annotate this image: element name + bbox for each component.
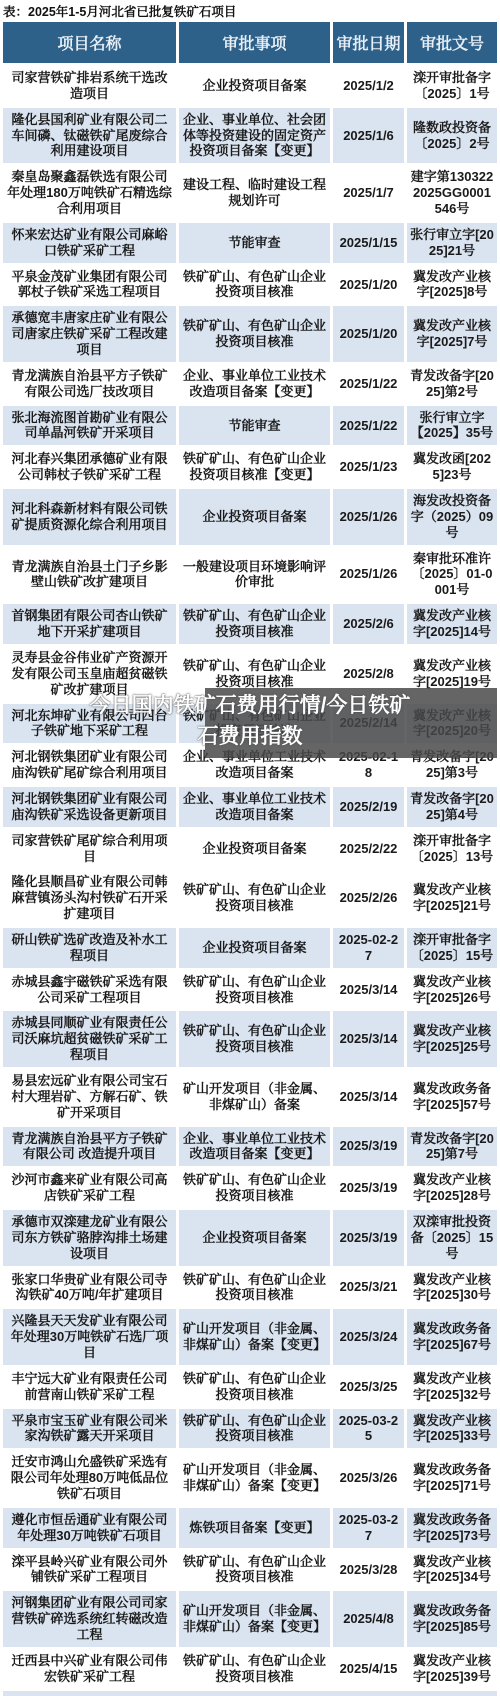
approval-date-cell: 2025/2/6 (333, 604, 407, 646)
approval-date-cell: 2025/3/19 (333, 1127, 407, 1169)
approval-matter-cell: 铁矿矿山、有色矿山企业投资项目核准 (179, 1649, 333, 1691)
project-name-cell: 滦平县岭兴矿业有限公司外铺铁矿采矿工程项目 (3, 1550, 179, 1592)
approval-doc-cell: 双滦审批投资备〔2025〕15号 (407, 1210, 497, 1268)
project-name-cell: 河北科森新材料有限公司铁矿提质资源化综合利用项目 (3, 489, 179, 547)
approval-doc-cell: 冀发改产业核字[2025]21号 (407, 870, 497, 928)
project-name-cell: 秦皇岛聚鑫磊铁选有限公司年处理180万吨铁矿石精选综合利用项目 (3, 165, 179, 223)
approval-doc-cell: 滦开审批备字〔2025〕15号 (407, 928, 497, 970)
project-name-cell: 司家营铁矿尾矿综合利用项目 (3, 829, 179, 871)
project-name-cell: 易县宏远矿业有限公司宝石村大理岩矿、方解石矿、铁矿开采项目 (3, 1069, 179, 1127)
table-row: 迁安市鸿山允盛铁矿采选有限公司年处理80万吨低品位铁矿石项目矿山开发项目（非金属… (3, 1450, 497, 1508)
project-name-cell: 兴隆县天天发矿业有限公司年处理30万吨铁矿石选厂项目 (3, 1309, 179, 1367)
approval-doc-cell: 冀发改政务备字[2025]67号 (407, 1309, 497, 1367)
approval-doc-cell: 张行审立字【2025】35号 (407, 406, 497, 448)
approval-doc-cell: 滦开审批备字〔2025〕13号 (407, 829, 497, 871)
project-name-cell: 首钢集团有限公司杏山铁矿地下开采扩建项目 (3, 604, 179, 646)
approval-doc-cell: 冀发改政务备字[2025]73号 (407, 1508, 497, 1550)
approval-matter-cell: 矿山开发项目（非金属、非煤矿山）备案【变更】 (179, 1591, 333, 1649)
table-row: 承德市双滦建龙矿业有限公司东方铁矿骆脖沟排土场建设项目企业投资项目备案2025/… (3, 1210, 497, 1268)
project-name-cell: 承德市双滦建龙矿业有限公司东方铁矿骆脖沟排土场建设项目 (3, 1210, 179, 1268)
table-row: 张家口华贵矿业有限公司寺沟铁矿40万吨/年扩建项目铁矿矿山、有色矿山企业投资项目… (3, 1268, 497, 1310)
approval-date-cell: 2025-03-25 (333, 1409, 407, 1451)
approval-date-cell: 2025/3/28 (333, 1550, 407, 1592)
header-row: 项目名称 审批事项 审批日期 审批文号 (3, 22, 497, 66)
table-header: 项目名称 审批事项 审批日期 审批文号 (3, 22, 497, 66)
table-row: 青龙满族自治县土门子乡影壁山铁矿改扩建项目一般建设项目环境影响评价审批2025/… (3, 547, 497, 605)
approval-date-cell: 2025/1/7 (333, 165, 407, 223)
watermark: 今日国内铁矿石费用行情/今日铁矿 石费用指数 (0, 690, 500, 752)
project-name-cell: 隆化县顺昌矿业有限公司韩麻营镇汤头沟村铁矿石开采扩建项目 (3, 870, 179, 928)
table-row: 青龙满族自治县平方子铁矿有限公司选厂技改项目企业、事业单位工业技术改造项目备案【… (3, 364, 497, 406)
approval-doc-cell: 青发改备字[2025]第2号 (407, 364, 497, 406)
table-row: 隆化县国利矿业有限公司二车间磷、钛磁铁矿尾废综合利用建设项目企业、事业单位、社会… (3, 108, 497, 166)
approval-date-cell: 2025/3/21 (333, 1268, 407, 1310)
table-row: 青龙满族自治县平方子铁矿有限公司 改造提升项目企业、事业单位工业技术改造项目备案… (3, 1127, 497, 1169)
approval-date-cell: 2025/3/24 (333, 1309, 407, 1367)
approval-doc-cell: 隆数政投资备〔2025〕2号 (407, 108, 497, 166)
project-name-cell: 赤城县同顺矿业有限责任公司沃麻坑超贫磁铁矿采矿工程项目 (3, 1011, 179, 1069)
approval-date-cell: 2025/2/19 (333, 787, 407, 829)
approval-matter-cell: 企业投资项目备案 (179, 66, 333, 108)
project-name-cell: 青龙满族自治县土门子乡影壁山铁矿改扩建项目 (3, 547, 179, 605)
table-row: 迁西县中兴矿业有限公司伟宏铁矿采矿工程铁矿矿山、有色矿山企业投资项目核准2025… (3, 1649, 497, 1691)
approval-matter-cell: 矿山开发项目（非金属、非煤矿山）备案 (179, 1069, 333, 1127)
approval-doc-cell: 冀发改产业核字[2025]8号 (407, 265, 497, 307)
project-name-cell: 遵化市恒岳通矿业有限公司年处理30万吨铁矿石项目 (3, 1508, 179, 1550)
approval-matter-cell: 矿山开发项目（非金属、非煤矿山）备案【变更】 (179, 1450, 333, 1508)
page: 表：2025年1-5月河北省已批复铁矿石项目 项目名称 审批事项 审批日期 审批… (0, 0, 500, 1696)
approval-doc-cell: 冀发改政务备字[2025]85号 (407, 1591, 497, 1649)
approval-doc-cell: 冀发改产业核字[2025]34号 (407, 1550, 497, 1592)
approval-matter-cell: 节能审查 (179, 406, 333, 448)
table-row: 怀来宏达矿业有限公司麻峪口铁矿采矿工程节能审查2025/1/15张行审立字[20… (3, 223, 497, 265)
approval-matter-cell: 铁矿矿山、有色矿山企业投资项目核准 (179, 1268, 333, 1310)
approval-matter-cell: 铁矿矿山、有色矿山企业投资项目核准 (179, 1409, 333, 1451)
table-row: 承德宽丰唐家庄矿业有限公司唐家庄铁矿采矿工程改建项目铁矿矿山、有色矿山企业投资项… (3, 306, 497, 364)
approval-matter-cell: 铁矿矿山、有色矿山企业投资项目核准 (179, 1367, 333, 1409)
approval-doc-cell: 冀发改产业核字[2025]39号 (407, 1649, 497, 1691)
approval-date-cell: 2025/4/15 (333, 1649, 407, 1691)
table-row: 河北科森新材料有限公司铁矿提质资源化综合利用项目企业投资项目备案2025/1/2… (3, 489, 497, 547)
approval-matter-cell: 矿山开发项目（非金属、非煤矿山）备案【变更】 (179, 1309, 333, 1367)
approval-doc-cell: 冀发改政务备字[2025]71号 (407, 1450, 497, 1508)
project-name-cell: 迁西县中兴矿业有限公司伟宏铁矿采矿工程 (3, 1649, 179, 1691)
approval-doc-cell: 冀发改产业核字[2025]25号 (407, 1011, 497, 1069)
column-header-approval-doc: 审批文号 (407, 22, 497, 66)
approval-matter-cell: 企业、事业单位工业技术改造项目备案 (179, 787, 333, 829)
table-row: 河钢集团矿业有限公司司家营铁矿碎选系统红转磁改造工程矿山开发项目（非金属、非煤矿… (3, 1591, 497, 1649)
table-row: 兴隆县天天发矿业有限公司年处理30万吨铁矿石选厂项目矿山开发项目（非金属、非煤矿… (3, 1309, 497, 1367)
project-name-cell: 张北海流图首勘矿业有限公司单晶河铁矿开采项目 (3, 406, 179, 448)
table-row: 平泉金茂矿业集团有限公司郭杖子铁矿采选工程项目铁矿矿山、有色矿山企业投资项目核准… (3, 265, 497, 307)
approval-doc-cell: 滦开审批备字〔2025〕1号 (407, 66, 497, 108)
project-name-cell: 河钢集团矿业有限公司司家营铁矿碎选系统红转磁改造工程 (3, 1591, 179, 1649)
project-name-cell: 沙河市鑫来矿业有限公司高店铁矿采矿工程 (3, 1168, 179, 1210)
approval-matter-cell: 企业投资项目备案 (179, 928, 333, 970)
approval-date-cell: 2025-03-27 (333, 1508, 407, 1550)
table-row: 秦皇岛聚鑫磊铁选有限公司年处理180万吨铁矿石精选综合利用项目建设工程、临时建设… (3, 165, 497, 223)
table-row: 河北春兴集团承德矿业有限公司韩杖子铁矿采矿工程铁矿矿山、有色矿山企业投资项目核准… (3, 447, 497, 489)
approval-date-cell: 2025/1/20 (333, 265, 407, 307)
approval-matter-cell: 铁矿矿山、有色矿山企业投资项目核准 (179, 1550, 333, 1592)
approval-matter-cell: 企业、事业单位工业技术改造项目备案【变更】 (179, 1127, 333, 1169)
watermark-line1: 今日国内铁矿石费用行情/今日铁矿 (0, 690, 500, 721)
approval-date-cell: 2025/3/26 (333, 1450, 407, 1508)
approvals-table: 项目名称 审批事项 审批日期 审批文号 司家营铁矿排岩系统干选改造项目企业投资项… (3, 22, 497, 1691)
column-header-project-name: 项目名称 (3, 22, 179, 66)
approval-matter-cell: 铁矿矿山、有色矿山企业投资项目核准 (179, 970, 333, 1012)
approval-doc-cell: 冀发改产业核字[2025]32号 (407, 1367, 497, 1409)
project-name-cell: 丰宁远大矿业有限责任公司前营南山铁矿采矿工程 (3, 1367, 179, 1409)
project-name-cell: 迁安市鸿山允盛铁矿采选有限公司年处理80万吨低品位铁矿石项目 (3, 1450, 179, 1508)
approval-doc-cell: 海发改投资备字（2025）09号 (407, 489, 497, 547)
approval-doc-cell: 冀发改产业核字[2025]14号 (407, 604, 497, 646)
approval-date-cell: 2025/1/23 (333, 447, 407, 489)
approval-date-cell: 2025/3/14 (333, 1011, 407, 1069)
table-row: 研山铁矿选矿改造及补水工程项目企业投资项目备案2025-02-27滦开审批备字〔… (3, 928, 497, 970)
table-row: 首钢集团有限公司杏山铁矿地下开采扩建项目铁矿矿山、有色矿山企业投资项目核准202… (3, 604, 497, 646)
approval-matter-cell: 企业投资项目备案 (179, 1210, 333, 1268)
approval-matter-cell: 节能审查 (179, 223, 333, 265)
table-row: 丰宁远大矿业有限责任公司前营南山铁矿采矿工程铁矿矿山、有色矿山企业投资项目核准2… (3, 1367, 497, 1409)
approval-doc-cell: 冀发改产业核字[2025]26号 (407, 970, 497, 1012)
table-row: 河北钢铁集团矿业有限公司庙沟铁矿采选设备更新项目企业、事业单位工业技术改造项目备… (3, 787, 497, 829)
approval-matter-cell: 企业、事业单位、社会团体等投资建设的固定资产投资项目备案【变更】 (179, 108, 333, 166)
approval-doc-cell: 冀发改产业核字[2025]28号 (407, 1168, 497, 1210)
project-name-cell: 司家营铁矿排岩系统干选改造项目 (3, 66, 179, 108)
table-row: 隆化县顺昌矿业有限公司韩麻营镇汤头沟村铁矿石开采扩建项目铁矿矿山、有色矿山企业投… (3, 870, 497, 928)
project-name-cell: 怀来宏达矿业有限公司麻峪口铁矿采矿工程 (3, 223, 179, 265)
approval-matter-cell: 企业投资项目备案 (179, 489, 333, 547)
approval-matter-cell: 铁矿矿山、有色矿山企业投资项目核准 (179, 1011, 333, 1069)
project-name-cell: 平泉金茂矿业集团有限公司郭杖子铁矿采选工程项目 (3, 265, 179, 307)
project-name-cell: 研山铁矿选矿改造及补水工程项目 (3, 928, 179, 970)
table-row: 滦平县岭兴矿业有限公司外铺铁矿采矿工程项目铁矿矿山、有色矿山企业投资项目核准20… (3, 1550, 497, 1592)
approval-date-cell: 2025/1/15 (333, 223, 407, 265)
column-header-approval-matter: 审批事项 (179, 22, 333, 66)
table-row: 张北海流图首勘矿业有限公司单晶河铁矿开采项目节能审查2025/1/22张行审立字… (3, 406, 497, 448)
table-row: 赤城县鑫宇磁铁矿采选有限公司采矿工程项目铁矿矿山、有色矿山企业投资项目核准202… (3, 970, 497, 1012)
approval-date-cell: 2025/3/19 (333, 1210, 407, 1268)
approval-matter-cell: 铁矿矿山、有色矿山企业投资项目核准 (179, 265, 333, 307)
project-name-cell: 赤城县鑫宇磁铁矿采选有限公司采矿工程项目 (3, 970, 179, 1012)
approval-date-cell: 2025/3/25 (333, 1367, 407, 1409)
approval-matter-cell: 铁矿矿山、有色矿山企业投资项目核准【变更】 (179, 447, 333, 489)
project-name-cell: 平泉市宝玉矿业有限公司米家沟铁矿露天开采项目 (3, 1409, 179, 1451)
approvals-table-body: 司家营铁矿排岩系统干选改造项目企业投资项目备案2025/1/2滦开审批备字〔20… (3, 66, 497, 1691)
approval-matter-cell: 企业、事业单位工业技术改造项目备案【变更】 (179, 364, 333, 406)
approval-doc-cell: 青发改备字[2025]第4号 (407, 787, 497, 829)
table-row: 司家营铁矿尾矿综合利用项目企业投资项目备案2025/2/22滦开审批备字〔202… (3, 829, 497, 871)
table-row: 沙河市鑫来矿业有限公司高店铁矿采矿工程铁矿矿山、有色矿山企业投资项目核准2025… (3, 1168, 497, 1210)
approval-date-cell: 2025/1/22 (333, 364, 407, 406)
column-header-approval-date: 审批日期 (333, 22, 407, 66)
table-title: 表：2025年1-5月河北省已批复铁矿石项目 (0, 0, 500, 22)
approval-date-cell: 2025/1/22 (333, 406, 407, 448)
approval-doc-cell: 秦审批环准许〔2025〕01-0001号 (407, 547, 497, 605)
partial-next-row-strip (3, 1691, 497, 1696)
approval-date-cell: 2025/1/26 (333, 547, 407, 605)
approval-matter-cell: 铁矿矿山、有色矿山企业投资项目核准 (179, 870, 333, 928)
approval-doc-cell: 建字第1303222025GG0001546号 (407, 165, 497, 223)
table-row: 易县宏远矿业有限公司宝石村大理岩矿、方解石矿、铁矿开采项目矿山开发项目（非金属、… (3, 1069, 497, 1127)
project-name-cell: 青龙满族自治县平方子铁矿有限公司选厂技改项目 (3, 364, 179, 406)
approval-matter-cell: 一般建设项目环境影响评价审批 (179, 547, 333, 605)
approval-matter-cell: 铁矿矿山、有色矿山企业投资项目核准 (179, 1168, 333, 1210)
approval-date-cell: 2025/3/14 (333, 1069, 407, 1127)
approval-doc-cell: 冀发改产业核字[2025]33号 (407, 1409, 497, 1451)
project-name-cell: 隆化县国利矿业有限公司二车间磷、钛磁铁矿尾废综合利用建设项目 (3, 108, 179, 166)
table-row: 赤城县同顺矿业有限责任公司沃麻坑超贫磁铁矿采矿工程项目铁矿矿山、有色矿山企业投资… (3, 1011, 497, 1069)
approval-doc-cell: 冀发改产业核字[2025]7号 (407, 306, 497, 364)
approval-matter-cell: 企业投资项目备案 (179, 829, 333, 871)
approval-doc-cell: 青发改备字[2025]第7号 (407, 1127, 497, 1169)
table-row: 司家营铁矿排岩系统干选改造项目企业投资项目备案2025/1/2滦开审批备字〔20… (3, 66, 497, 108)
table-row: 平泉市宝玉矿业有限公司米家沟铁矿露天开采项目铁矿矿山、有色矿山企业投资项目核准2… (3, 1409, 497, 1451)
approval-doc-cell: 冀发改政务备字[2025]57号 (407, 1069, 497, 1127)
approval-doc-cell: 张行审立字[2025]21号 (407, 223, 497, 265)
table-row: 遵化市恒岳通矿业有限公司年处理30万吨铁矿石项目炼铁项目备案【变更】2025-0… (3, 1508, 497, 1550)
project-name-cell: 河北钢铁集团矿业有限公司庙沟铁矿采选设备更新项目 (3, 787, 179, 829)
approval-date-cell: 2025/1/6 (333, 108, 407, 166)
approval-date-cell: 2025/3/14 (333, 970, 407, 1012)
approval-matter-cell: 炼铁项目备案【变更】 (179, 1508, 333, 1550)
approval-date-cell: 2025/2/26 (333, 870, 407, 928)
project-name-cell: 青龙满族自治县平方子铁矿有限公司 改造提升项目 (3, 1127, 179, 1169)
approval-date-cell: 2025/1/2 (333, 66, 407, 108)
approval-matter-cell: 铁矿矿山、有色矿山企业投资项目核准 (179, 306, 333, 364)
project-name-cell: 承德宽丰唐家庄矿业有限公司唐家庄铁矿采矿工程改建项目 (3, 306, 179, 364)
approval-date-cell: 2025/1/20 (333, 306, 407, 364)
approval-doc-cell: 冀发改函[2025]23号 (407, 447, 497, 489)
approval-date-cell: 2025/3/19 (333, 1168, 407, 1210)
project-name-cell: 张家口华贵矿业有限公司寺沟铁矿40万吨/年扩建项目 (3, 1268, 179, 1310)
approval-date-cell: 2025/1/26 (333, 489, 407, 547)
approval-doc-cell: 冀发改产业核字[2025]30号 (407, 1268, 497, 1310)
approval-date-cell: 2025/4/8 (333, 1591, 407, 1649)
project-name-cell: 河北春兴集团承德矿业有限公司韩杖子铁矿采矿工程 (3, 447, 179, 489)
approval-date-cell: 2025/2/22 (333, 829, 407, 871)
watermark-line2: 石费用指数 (0, 721, 500, 752)
approval-matter-cell: 铁矿矿山、有色矿山企业投资项目核准 (179, 604, 333, 646)
approval-matter-cell: 建设工程、临时建设工程规划许可 (179, 165, 333, 223)
approval-date-cell: 2025-02-27 (333, 928, 407, 970)
